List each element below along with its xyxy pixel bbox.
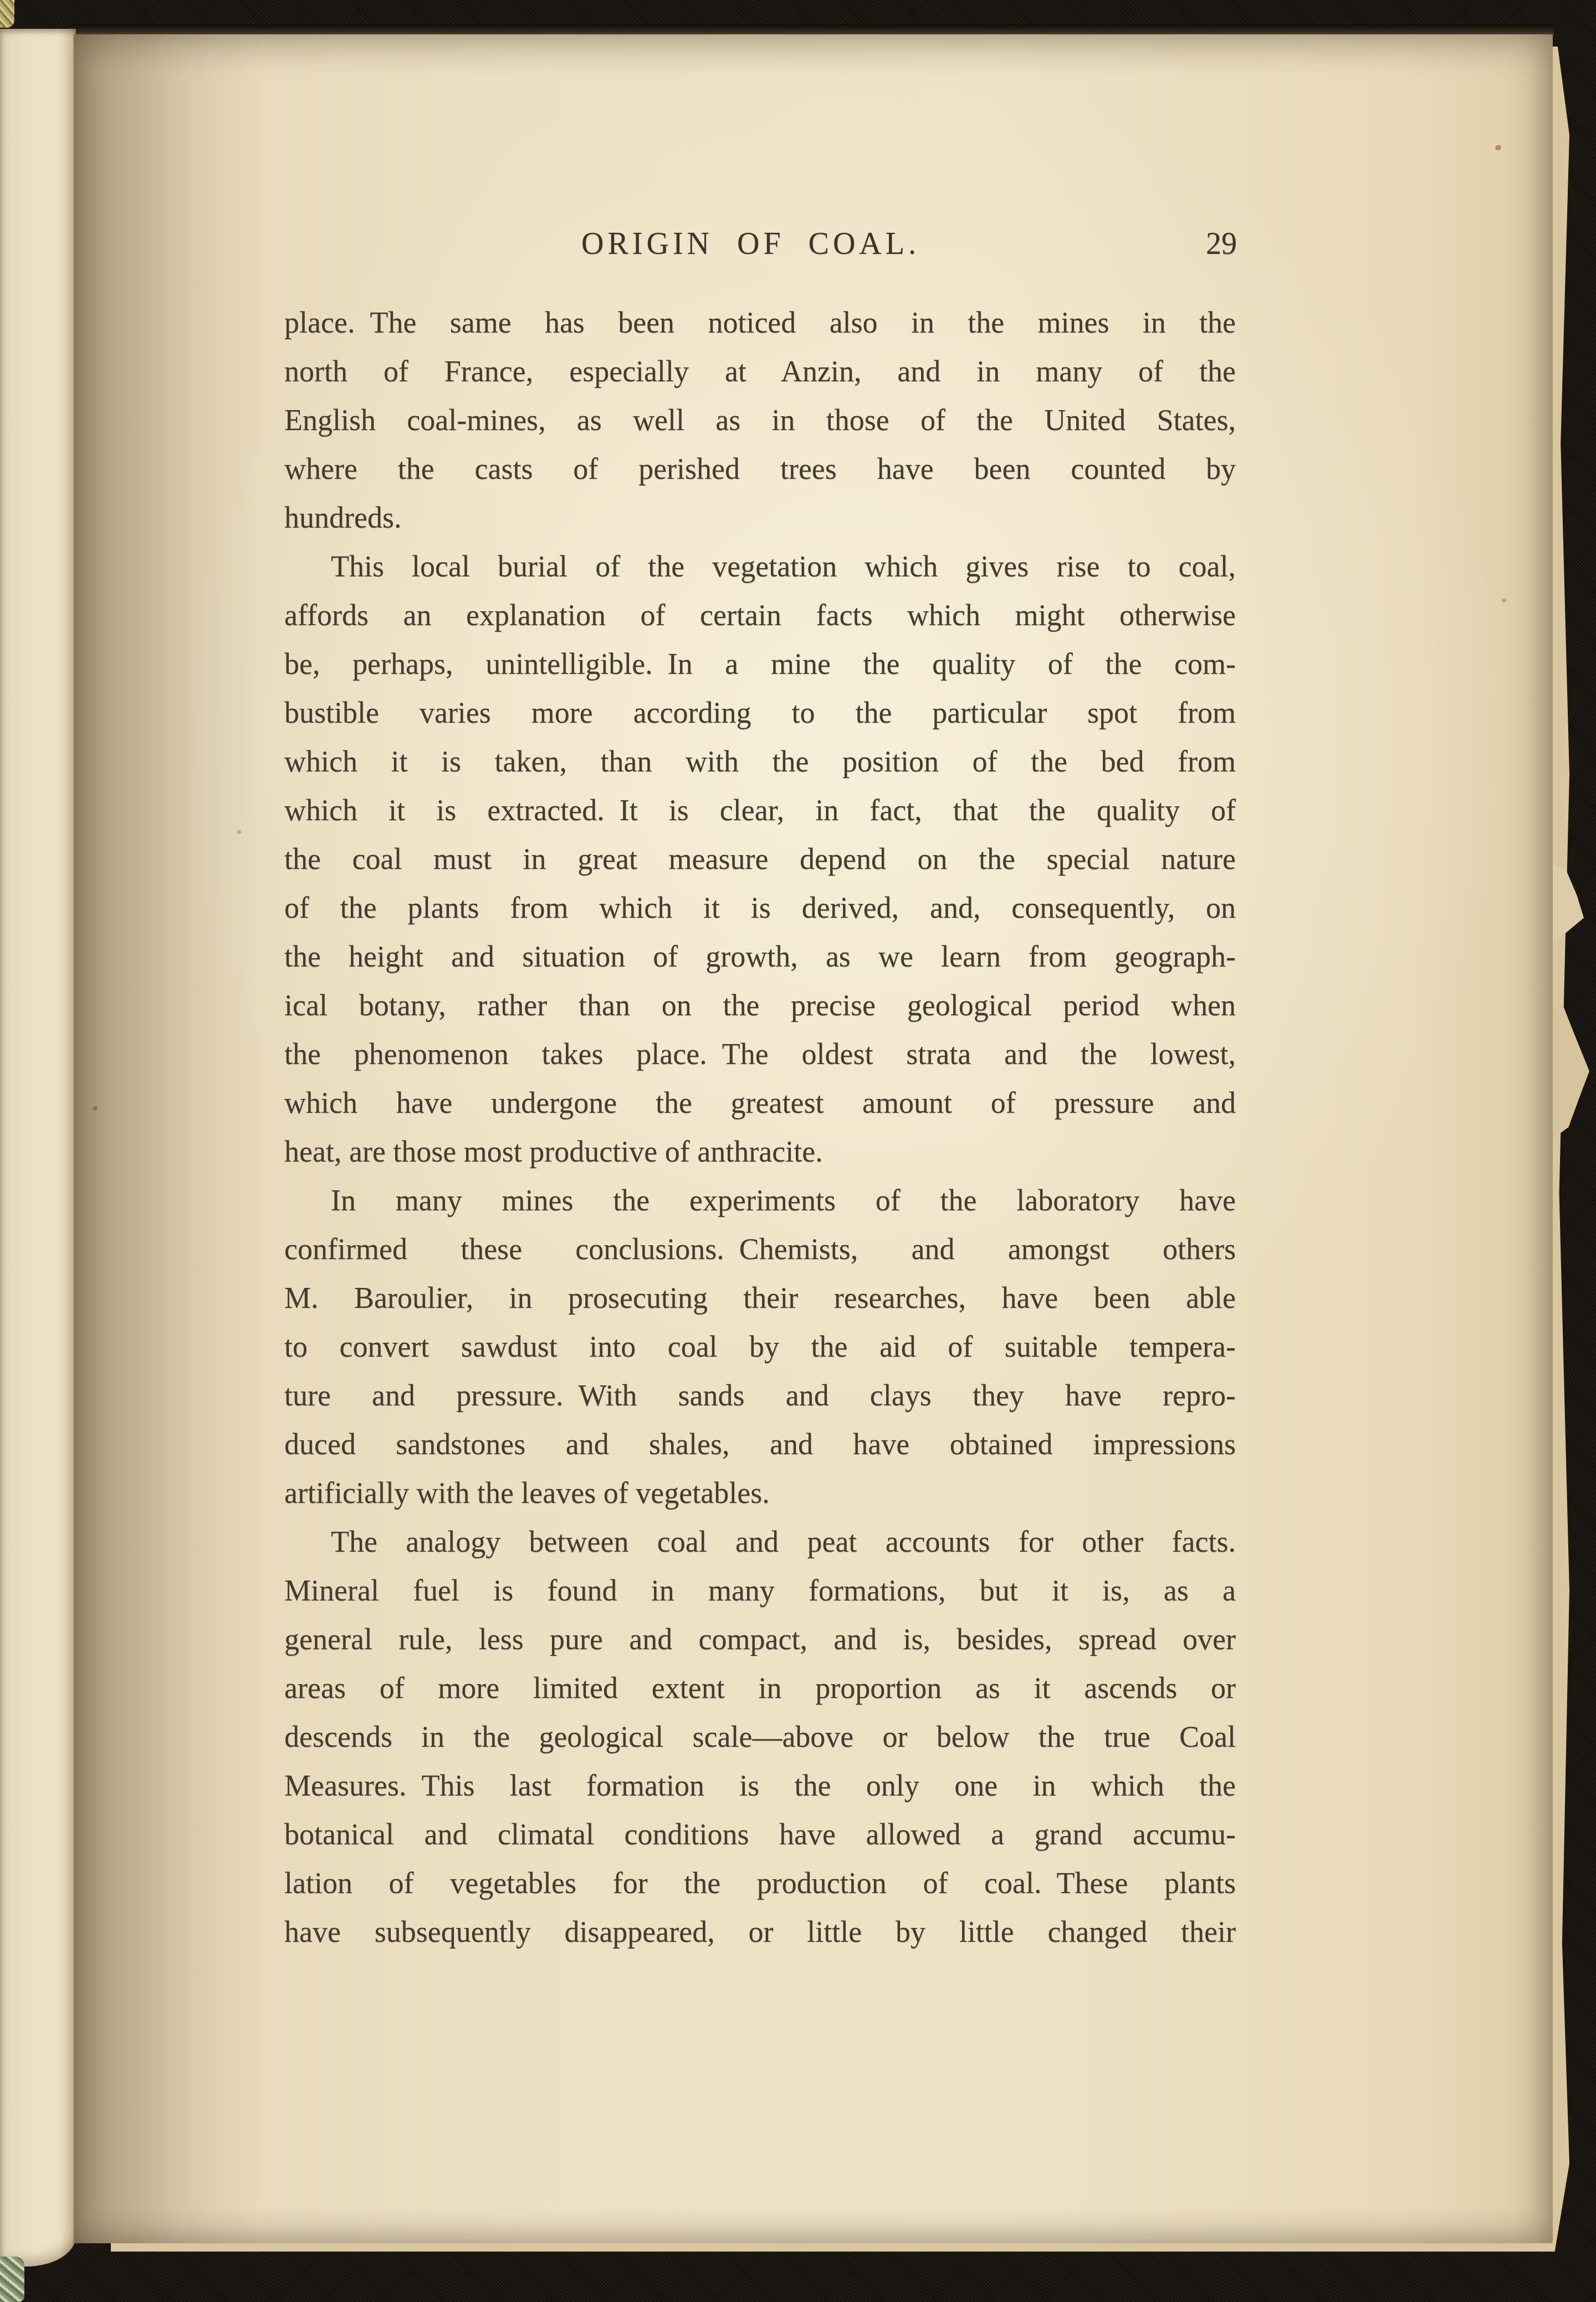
text-block: place. The same has been noticed also in…	[284, 298, 1236, 1956]
text-line: lation of vegetables for the production …	[284, 1859, 1236, 1907]
text-line: English coal-mines, as well as in those …	[284, 396, 1236, 444]
text-line: heat, are those most productive of anthr…	[284, 1127, 1236, 1176]
text-line: M. Baroulier, in prosecuting their resea…	[284, 1273, 1236, 1322]
text-line: descends in the geological scale—above o…	[284, 1712, 1236, 1761]
gutter-shadow	[74, 34, 262, 2243]
text-line: duced sandstones and shales, and have ob…	[284, 1420, 1236, 1469]
text-line: ture and pressure. With sands and clays …	[284, 1371, 1236, 1420]
stain-spot	[237, 830, 241, 834]
bookmark-tassel	[0, 2257, 24, 2302]
page-top-edge	[70, 24, 1554, 35]
text-line: north of France, especially at Anzin, an…	[284, 347, 1236, 396]
text-line: which it is taken, than with the positio…	[284, 737, 1236, 786]
text-line: the height and situation of growth, as w…	[284, 932, 1236, 981]
text-line: This local burial of the vegetation whic…	[284, 542, 1236, 591]
text-line: where the casts of perished trees have b…	[284, 444, 1236, 493]
page-number: 29	[1119, 228, 1237, 259]
text-line: be, perhaps, unintelligible. In a mine t…	[284, 640, 1236, 688]
text-line: place. The same has been noticed also in…	[284, 298, 1236, 347]
text-line: areas of more limited extent in proporti…	[284, 1664, 1236, 1712]
stain-spot	[1502, 598, 1506, 602]
stain-spot	[93, 1106, 98, 1111]
text-line: botanical and climatal conditions have a…	[284, 1810, 1236, 1859]
text-line: confirmed these conclusions. Chemists, a…	[284, 1225, 1236, 1273]
text-line: general rule, less pure and compact, and…	[284, 1615, 1236, 1664]
headband-fragment	[0, 0, 14, 28]
text-line: hundreds.	[284, 493, 1236, 542]
text-line: which have undergone the greatest amount…	[284, 1078, 1236, 1127]
text-line: to convert sawdust into coal by the aid …	[284, 1322, 1236, 1371]
stain-spot	[1495, 145, 1501, 150]
book-scan: ORIGIN OF COAL. 29 place. The same has b…	[0, 0, 1596, 2302]
previous-page-edge	[0, 29, 76, 2267]
text-line: The analogy between coal and peat accoun…	[284, 1517, 1236, 1566]
text-line: have subsequently disappeared, or little…	[284, 1907, 1236, 1956]
text-line: In many mines the experiments of the lab…	[284, 1176, 1236, 1225]
text-line: the phenomenon takes place. The oldest s…	[284, 1030, 1236, 1078]
text-line: which it is extracted. It is clear, in f…	[284, 786, 1236, 835]
text-line: Measures. This last formation is the onl…	[284, 1761, 1236, 1810]
running-header: ORIGIN OF COAL.	[275, 228, 1226, 259]
text-line: Mineral fuel is found in many formations…	[284, 1566, 1236, 1615]
text-line: bustible varies more according to the pa…	[284, 688, 1236, 737]
text-line: the coal must in great measure depend on…	[284, 835, 1236, 883]
text-line: of the plants from which it is derived, …	[284, 883, 1236, 932]
text-line: artificially with the leaves of vegetabl…	[284, 1469, 1236, 1517]
text-line: ical botany, rather than on the precise …	[284, 981, 1236, 1030]
text-line: affords an explanation of certain facts …	[284, 591, 1236, 640]
